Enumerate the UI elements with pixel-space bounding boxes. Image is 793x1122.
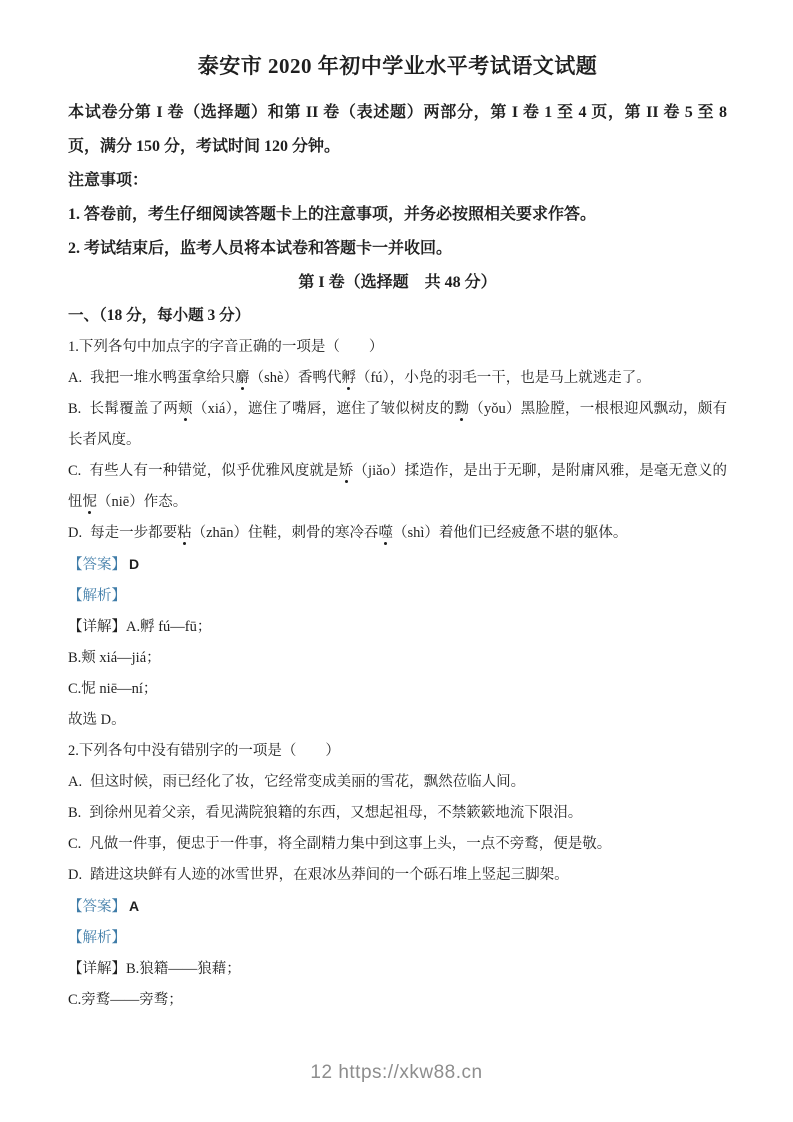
option-c-text: 凡做一件事，便忠于一件事，将全副精力集中到这事上头，一点不旁鹜，便是敬。 — [89, 836, 611, 852]
question-2-option-b: B.到徐州见着父亲，看见满院狼籍的东西，又想起祖母，不禁簌簌地流下限泪。 — [68, 798, 727, 829]
exam-document-page: 泰安市 2020 年初中学业水平考试语文试题 本试卷分第 I 卷（选择题）和第 … — [0, 0, 793, 1122]
option-c-text: 有些人有一种错觉，似乎优雅风度就是矫（jiǎo）揉造作，是出于无聊，是附庸风雅，… — [68, 463, 727, 510]
option-d-label: D. — [68, 867, 82, 883]
question-2-option-a: A.但这时候，雨已经化了妆，它经常变成美丽的雪花，飘然莅临人间。 — [68, 767, 727, 798]
option-c-label: C. — [68, 836, 81, 852]
option-a-text: 但这时候，雨已经化了妆，它经常变成美丽的雪花，飘然莅临人间。 — [90, 774, 525, 790]
option-c-label: C. — [68, 463, 81, 479]
option-a-text: 我把一堆水鸭蛋拿给只麝（shè）香鸭代孵（fú），小凫的羽毛一干，也是马上就逃走… — [90, 370, 651, 386]
option-a-label: A. — [68, 370, 82, 386]
question-2-explanation-1: 【详解】B.狼籍——狼藉； — [68, 954, 727, 985]
section-1-heading: 第 I 卷（选择题 共 48 分） — [68, 266, 727, 300]
question-2-stem: 2.下列各句中没有错别字的一项是（ ） — [68, 736, 727, 767]
question-2-explanation-2: C.旁鹜——旁骛； — [68, 985, 727, 1016]
question-2-option-d: D.踏进这块鲜有人迹的冰雪世界，在艰冰丛莽间的一个砾石堆上竖起三脚架。 — [68, 860, 727, 891]
question-1-explanation-4: 故选 D。 — [68, 705, 727, 736]
notice-heading: 注意事项： — [68, 164, 727, 198]
answer-label: 【答案】 — [68, 899, 126, 915]
page-title: 泰安市 2020 年初中学业水平考试语文试题 — [68, 50, 727, 80]
option-b-text: 到徐州见着父亲，看见满院狼籍的东西，又想起祖母，不禁簌簌地流下限泪。 — [89, 805, 582, 821]
option-d-label: D. — [68, 525, 82, 541]
exam-intro: 本试卷分第 I 卷（选择题）和第 II 卷（表述题）两部分，第 I 卷 1 至 … — [68, 96, 727, 164]
analysis-label: 【解析】 — [68, 930, 126, 946]
question-1-option-c: C.有些人有一种错觉，似乎优雅风度就是矫（jiǎo）揉造作，是出于无聊，是附庸风… — [68, 456, 727, 518]
question-1-explanation-1: 【详解】A.孵 fú—fū； — [68, 612, 727, 643]
option-d-text: 每走一步都要粘（zhān）住鞋，刺骨的寒冷吞噬（shì）着他们已经疲惫不堪的躯体… — [90, 525, 627, 541]
analysis-label: 【解析】 — [68, 588, 126, 604]
question-2-answer-line: 【答案】A — [68, 891, 727, 923]
question-1-option-d: D.每走一步都要粘（zhān）住鞋，刺骨的寒冷吞噬（shì）着他们已经疲惫不堪的… — [68, 518, 727, 549]
question-1-explanation-3: C.怩 niē—ní； — [68, 674, 727, 705]
answer-label: 【答案】 — [68, 557, 126, 573]
question-2-option-c: C.凡做一件事，便忠于一件事，将全副精力集中到这事上头，一点不旁鹜，便是敬。 — [68, 829, 727, 860]
part-1-heading: 一、（18 分，每小题 3 分） — [68, 300, 727, 332]
answer-value: A — [129, 898, 139, 914]
option-b-label: B. — [68, 401, 81, 417]
question-1-option-b: B.长髯覆盖了两颊（xiá），遮住了嘴唇，遮住了皱似树皮的黝（yǒu）黑脸膛，一… — [68, 394, 727, 456]
question-2-analysis-line: 【解析】 — [68, 923, 727, 954]
notice-item-2: 2. 考试结束后，监考人员将本试卷和答题卡一并收回。 — [68, 232, 727, 266]
option-b-label: B. — [68, 805, 81, 821]
question-1-option-a: A.我把一堆水鸭蛋拿给只麝（shè）香鸭代孵（fú），小凫的羽毛一干，也是马上就… — [68, 363, 727, 394]
notice-item-1: 1. 答卷前，考生仔细阅读答题卡上的注意事项，并务必按照相关要求作答。 — [68, 198, 727, 232]
option-b-text: 长髯覆盖了两颊（xiá），遮住了嘴唇，遮住了皱似树皮的黝（yǒu）黑脸膛，一根根… — [68, 401, 727, 448]
question-1-explanation-2: B.颊 xiá—jiá； — [68, 643, 727, 674]
question-1-answer-line: 【答案】D — [68, 549, 727, 581]
answer-value: D — [129, 556, 139, 572]
question-1-stem: 1.下列各句中加点字的字音正确的一项是（ ） — [68, 332, 727, 363]
option-d-text: 踏进这块鲜有人迹的冰雪世界，在艰冰丛莽间的一个砾石堆上竖起三脚架。 — [90, 867, 569, 883]
option-a-label: A. — [68, 774, 82, 790]
document-content: 泰安市 2020 年初中学业水平考试语文试题 本试卷分第 I 卷（选择题）和第 … — [0, 0, 793, 1016]
page-footer: 12 https://xkw88.cn — [0, 1062, 793, 1084]
question-1-analysis-line: 【解析】 — [68, 581, 727, 612]
